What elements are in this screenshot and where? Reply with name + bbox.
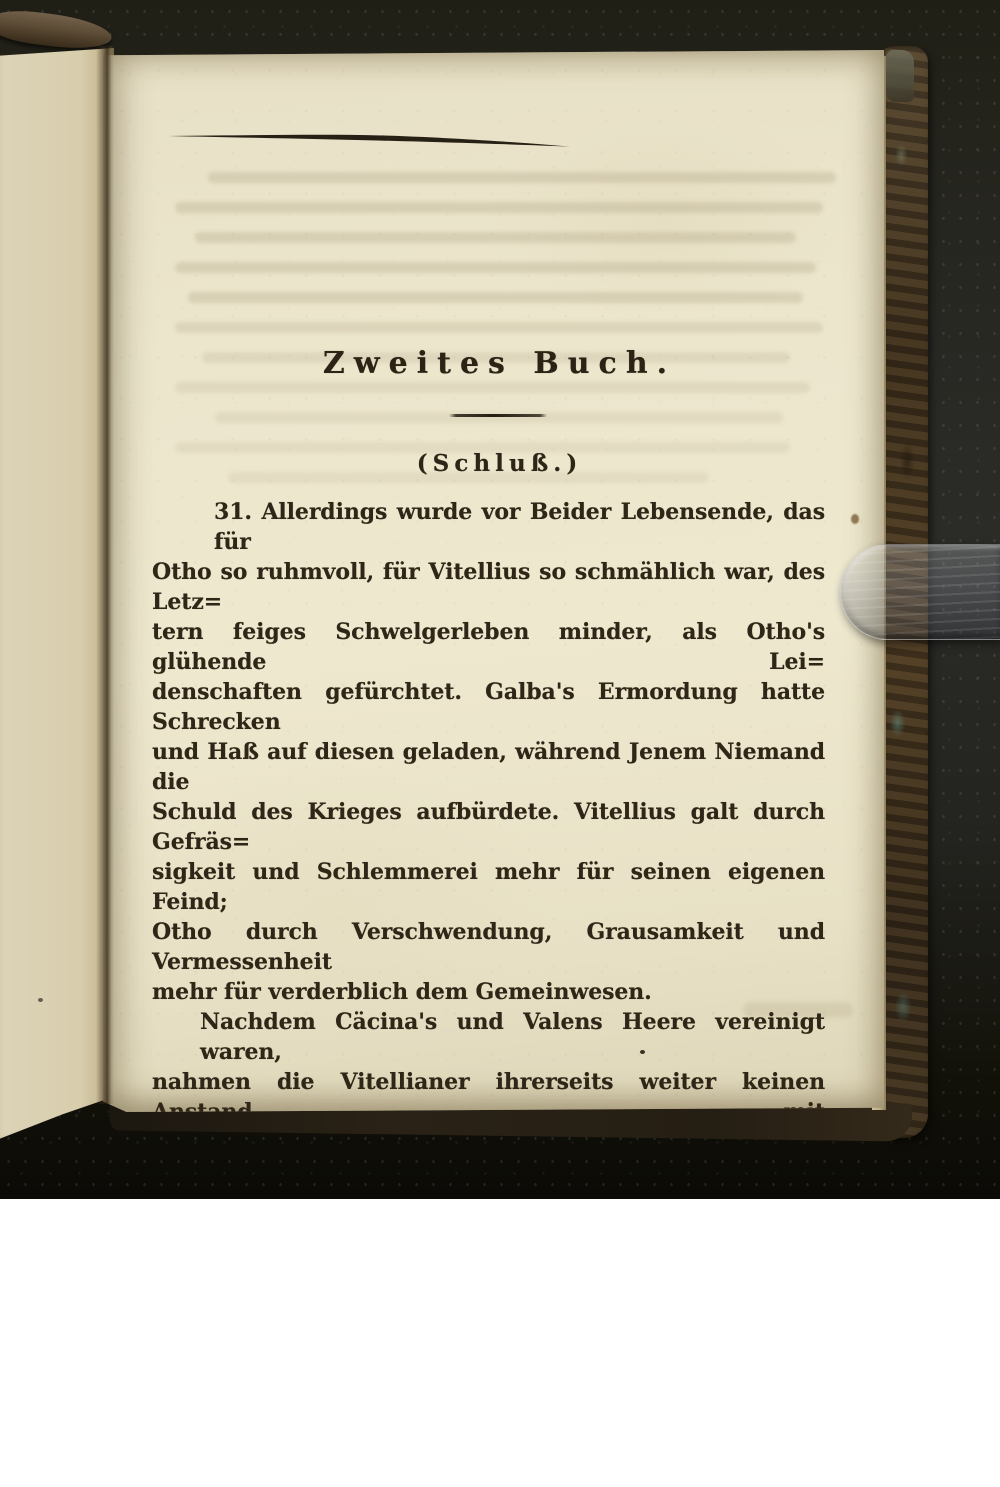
- paper-fleck: [851, 514, 859, 524]
- page-holder-strip: [840, 544, 1000, 640]
- ghost-text-line: [195, 232, 796, 243]
- ghost-text-line: [175, 322, 823, 333]
- ghost-text-line: [188, 292, 803, 303]
- heading-divider-rule: [449, 414, 547, 417]
- book-page: Zweites Buch. (Schluß.) 31. Allerdings w…: [103, 50, 884, 1112]
- ghost-text-line: [208, 172, 836, 183]
- body-text: 31. Allerdings wurde vor Beider Lebensen…: [152, 497, 825, 1199]
- swelled-rule: [166, 128, 572, 150]
- text-line: Otho durch Verschwendung, Grausamkeit un…: [152, 917, 825, 977]
- section-subheading: (Schluß.): [103, 450, 884, 477]
- text-line: Schuld des Krieges aufbürdete. Vitellius…: [152, 797, 825, 857]
- gutter-shadow: [96, 46, 114, 1104]
- paper-fleck: [38, 998, 43, 1002]
- text-line: 31. Allerdings wurde vor Beider Lebensen…: [152, 497, 825, 557]
- text-line: sigkeit und Schlemmerei mehr für seinen …: [152, 857, 825, 917]
- text-line: tern feiges Schwelgerleben minder, als O…: [152, 617, 825, 677]
- ghost-text-line: [175, 262, 816, 273]
- text-line: denschaften gefürchtet. Galba's Ermordun…: [152, 677, 825, 737]
- ghost-text-line: [175, 382, 810, 393]
- text-line: mehr für verderblich dem Gemeinwesen.: [152, 977, 825, 1007]
- ink-speck: [640, 1050, 645, 1054]
- text-line: Otho so ruhmvoll, für Vitellius so schmä…: [152, 557, 825, 617]
- ghost-text-line: [175, 202, 823, 213]
- paragraph: 31. Allerdings wurde vor Beider Lebensen…: [152, 497, 825, 1007]
- text-line: Nachdem Cäcina's und Valens Heere verein…: [152, 1007, 825, 1067]
- chapter-heading: Zweites Buch.: [103, 346, 884, 381]
- cover-corner-tab: [886, 50, 914, 102]
- text-line: und Haß auf diesen geladen, während Jene…: [152, 737, 825, 797]
